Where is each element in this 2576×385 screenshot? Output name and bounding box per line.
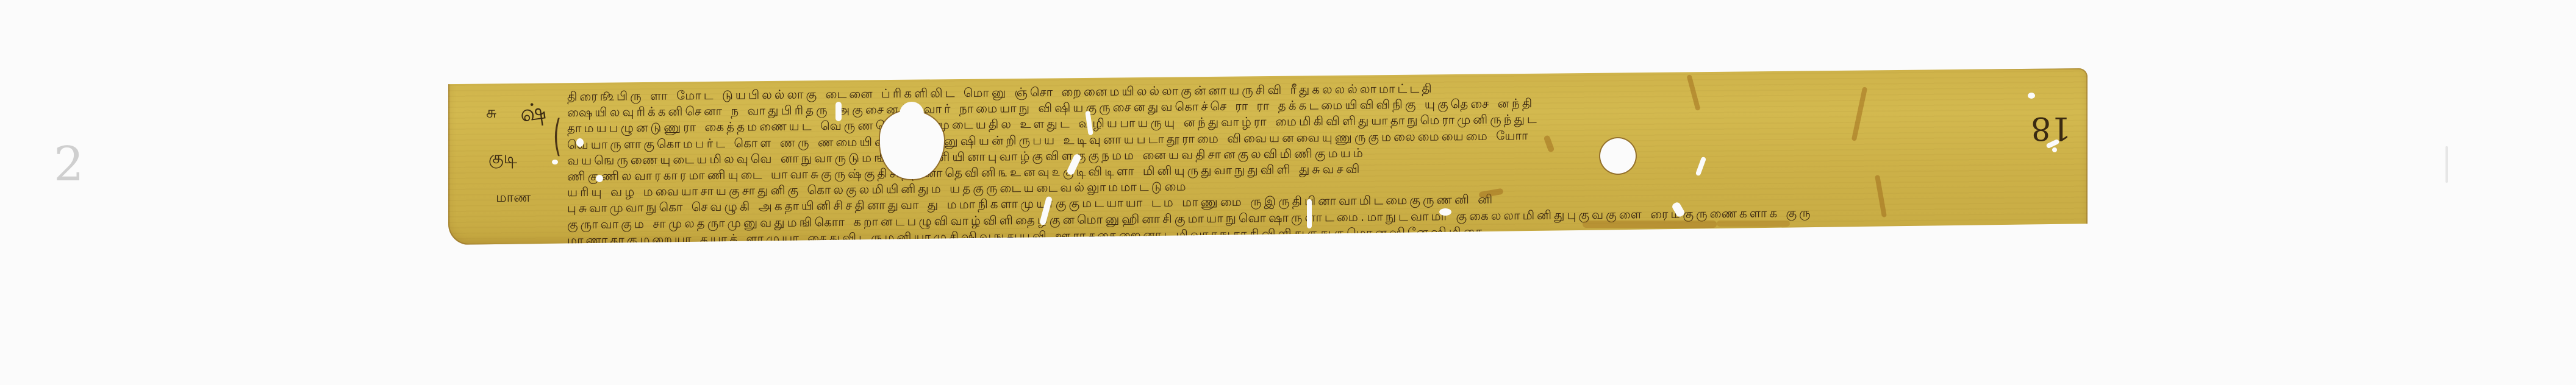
margin-note-2: ஷ் — [518, 97, 548, 130]
worm-hole — [835, 102, 842, 121]
margin-brace: ( — [553, 111, 562, 161]
worm-hole — [1439, 208, 1451, 216]
stain — [1583, 221, 1717, 228]
margin-note-4: மாண — [496, 190, 531, 207]
leaf-page-number: 18 — [2031, 110, 2071, 146]
worm-hole — [552, 160, 558, 164]
margin-note-1: சு — [486, 104, 496, 124]
worm-hole — [2052, 147, 2057, 152]
pencil-folio-number: 2 — [54, 137, 84, 192]
palm-leaf-manuscript: சு ஷ் குடி மாண ( திரை௺பிரு ளா மோட டுயபில… — [448, 68, 2088, 245]
string-hole — [1600, 138, 1636, 174]
worm-hole — [576, 138, 584, 147]
scan-smudge — [2445, 146, 2448, 183]
wormhole-irregular-top — [900, 102, 924, 126]
manuscript-text: திரை௺பிரு ளா மோட டுயபிலல்லாகு டைனை ப்ரிக… — [567, 75, 2000, 245]
worm-hole — [1307, 199, 1312, 228]
worm-hole — [2028, 93, 2035, 99]
worm-hole — [596, 175, 603, 182]
stain — [1717, 221, 1790, 227]
margin-note-3: குடி — [488, 147, 517, 170]
